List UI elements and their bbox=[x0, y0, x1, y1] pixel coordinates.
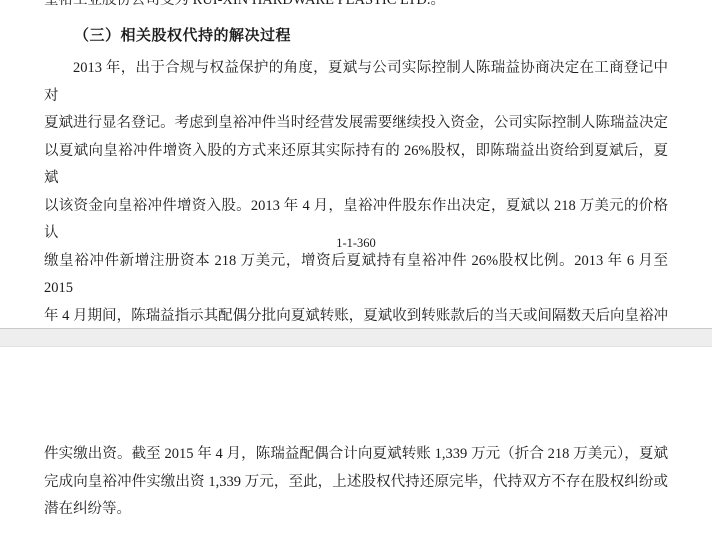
paragraph-line: 以夏斌向皇裕冲件增资入股的方式来还原其实际持有的 26%股权，即陈瑞益出资给到夏… bbox=[44, 138, 668, 193]
paragraph-line: 件实缴出资。截至 2015 年 4 月，陈瑞益配偶合计向夏斌转账 1,339 万… bbox=[44, 441, 668, 469]
paragraph-line: 2013 年，出于合规与权益保护的角度，夏斌与公司实际控制人陈瑞益协商决定在工商… bbox=[44, 55, 668, 110]
page-number: 1-1-360 bbox=[0, 236, 712, 251]
section-heading: （三）相关股权代持的解决过程 bbox=[44, 26, 668, 46]
paragraph-line: 潜在纠纷等。 bbox=[44, 496, 668, 524]
page-break-gap bbox=[0, 328, 712, 347]
paragraph-line: 缴皇裕冲件新增注册资本 218 万美元，增资后夏斌持有皇裕冲件 26%股权比例。… bbox=[44, 248, 668, 303]
document-viewport[interactable]: 皇裕工业股份公司变为 RUI-XIN HARDWARE PLASTIC LTD.… bbox=[0, 0, 712, 547]
paragraph-next-page: 件实缴出资。截至 2015 年 4 月，陈瑞益配偶合计向夏斌转账 1,339 万… bbox=[44, 441, 668, 524]
paragraph-line: 完成向皇裕冲件实缴出资 1,339 万元，至此，上述股权代持还原完毕，代持双方不… bbox=[44, 469, 668, 497]
paragraph-line: 夏斌进行显名登记。考虑到皇裕冲件当时经营发展需要继续投入资金，公司实际控制人陈瑞… bbox=[44, 110, 668, 138]
clipped-top-line-text: 皇裕工业股份公司变为 RUI-XIN HARDWARE PLASTIC LTD.… bbox=[44, 0, 668, 9]
clipped-top-line: 皇裕工业股份公司变为 RUI-XIN HARDWARE PLASTIC LTD.… bbox=[44, 0, 668, 9]
paragraph-prev-page: 2013 年，出于合规与权益保护的角度，夏斌与公司实际控制人陈瑞益协商决定在工商… bbox=[44, 55, 668, 330]
paragraph-line: 年 4 月期间，陈瑞益指示其配偶分批向夏斌转账，夏斌收到转账款后的当天或间隔数天… bbox=[44, 303, 668, 331]
